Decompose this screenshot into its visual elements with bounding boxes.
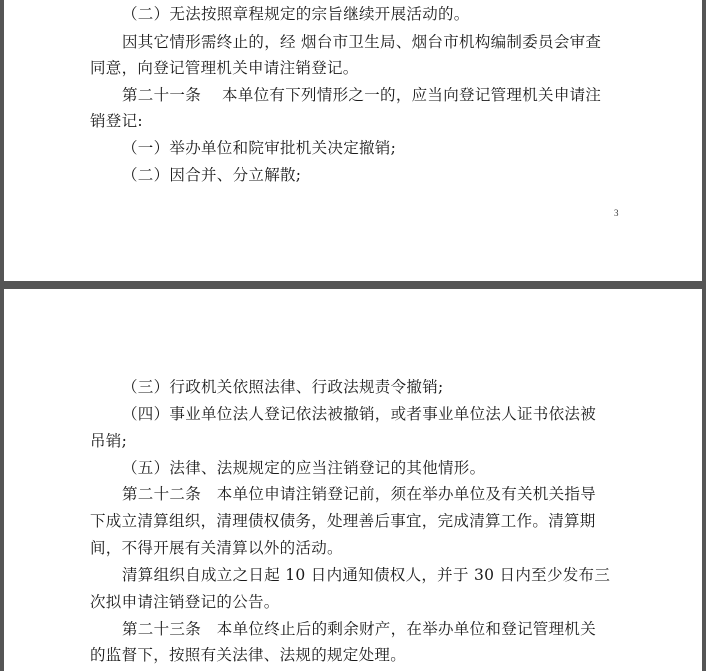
text-line: （五）法律、法规规定的应当注销登记的其他情形。 [122, 458, 485, 478]
text-line: 销登记: [90, 111, 143, 131]
text-line: （四）事业单位法人登记依法被撤销，或者事业单位法人证书依法被 [122, 404, 596, 424]
text-line: 清算组织自成立之日起 10 日内通知债权人，并于 30 日内至少发布三 [122, 565, 610, 585]
text-line: （一）举办单位和院审批机关决定撤销; [122, 138, 396, 158]
text-line: 次拟申请注销登记的公告。 [90, 592, 280, 612]
text-line: 吊销; [90, 431, 127, 451]
text-line: （三）行政机关依照法律、行政法规责令撤销; [122, 377, 444, 397]
document-page-4: （三）行政机关依照法律、行政法规责令撤销; （四）事业单位法人登记依法被撤销，或… [4, 289, 702, 671]
text-line: 同意，向登记管理机关申请注销登记。 [90, 58, 359, 78]
text-line: （二）因合并、分立解散; [122, 165, 301, 185]
text-line: 第二十二条 本单位申请注销登记前，须在举办单位及有关机关指导 [122, 484, 596, 504]
page-number: 3 [614, 208, 619, 218]
text-line: 因其它情形需终止的，经 烟台市卫生局、烟台市机构编制委员会审查 [122, 32, 601, 52]
text-line: 间，不得开展有关清算以外的活动。 [90, 538, 343, 558]
text-line: 第二十一条 本单位有下列情形之一的，应当向登记管理机关申请注 [122, 85, 601, 105]
document-page-3: （二）无法按照章程规定的宗旨继续开展活动的。 因其它情形需终止的，经 烟台市卫生… [4, 0, 702, 281]
text-line: 下成立清算组织，清理债权债务，处理善后事宜，完成清算工作。清算期 [90, 511, 596, 531]
text-line: 第二十三条 本单位终止后的剩余财产，在举办单位和登记管理机关 [122, 619, 596, 639]
text-line: 的监督下，按照有关法律、法规的规定处理。 [90, 645, 406, 665]
text-line: （二）无法按照章程规定的宗旨继续开展活动的。 [122, 4, 470, 24]
